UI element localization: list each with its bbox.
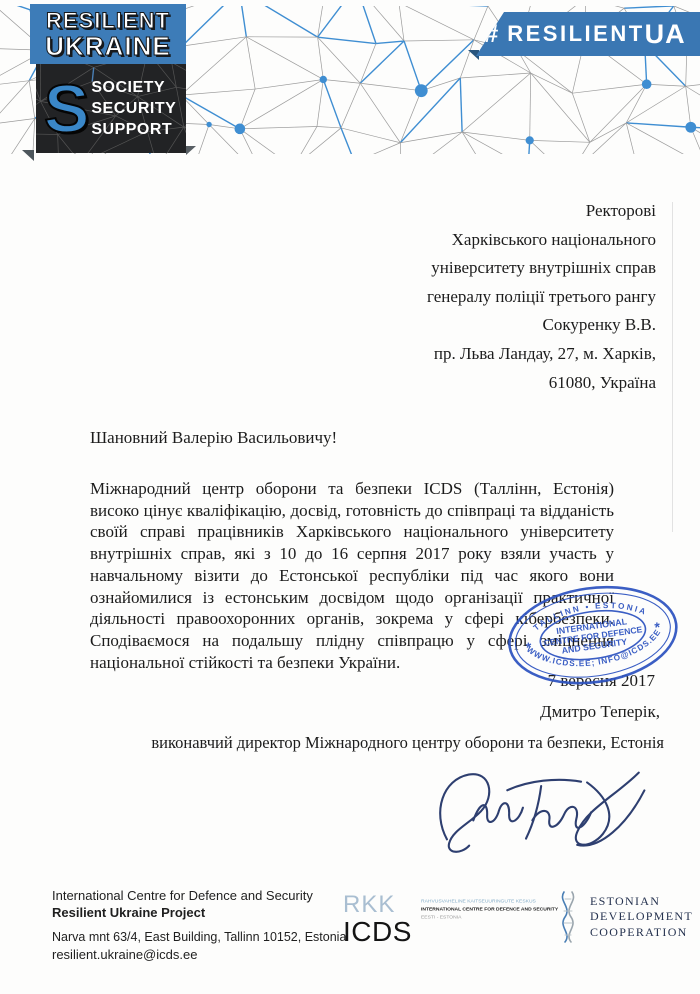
footer-org-name: International Centre for Defence and Sec… bbox=[52, 887, 346, 904]
banner-suffix: UA bbox=[645, 19, 686, 50]
scan-artifact-line bbox=[672, 202, 673, 532]
edc-line: COOPERATION bbox=[590, 925, 693, 941]
logo-title-line1: RESILIENT bbox=[46, 9, 170, 33]
stamp-star-right: * bbox=[654, 619, 662, 636]
edc-line: DEVELOPMENT bbox=[590, 909, 693, 925]
logo-sub-lines: SOCIETY SECURITY SUPPORT bbox=[91, 77, 176, 140]
society-security-support-logo: S SOCIETY SECURITY SUPPORT bbox=[36, 64, 186, 153]
rkk-text: RKK bbox=[343, 893, 412, 917]
dna-helix-icon bbox=[556, 891, 580, 943]
recipient-line: Харківського національного bbox=[427, 226, 656, 255]
handwritten-signature bbox=[426, 752, 660, 868]
logo-fold-right bbox=[186, 146, 196, 155]
recipient-line: 61080, Україна bbox=[427, 369, 656, 398]
banner-text: RESILIENT bbox=[507, 21, 644, 47]
logo-sub-society: SOCIETY bbox=[91, 77, 176, 98]
icds-logo-caption: RAHVUSVAHELINE KAITSEUURINGUTE KESKUS IN… bbox=[421, 897, 558, 921]
footer-contact-block: International Centre for Defence and Sec… bbox=[52, 887, 346, 963]
signer-name: Дмитро Теперік, bbox=[540, 702, 660, 722]
logo-s-letter: S bbox=[44, 75, 89, 143]
icds-caption-country: EESTI - ESTONIA bbox=[421, 913, 558, 921]
signature-graphic bbox=[426, 752, 660, 868]
resilient-ukraine-logo: RESILIENT UKRAINE bbox=[30, 4, 186, 64]
logo-sub-security: SECURITY bbox=[91, 98, 176, 119]
recipient-line: генералу поліції третього рангу bbox=[427, 283, 656, 312]
recipient-line: пр. Льва Ландау, 27, м. Харків, bbox=[427, 340, 656, 369]
footer-address: Narva mnt 63/4, East Building, Tallinn 1… bbox=[52, 929, 346, 946]
letter-page: RESILIENT UKRAINE S SOCIETY SECURITY SUP… bbox=[0, 0, 700, 994]
signer-title: виконавчий директор Міжнародного центру … bbox=[151, 733, 664, 753]
recipient-address-block: Ректорові Харківського національного уні… bbox=[427, 197, 656, 397]
recipient-line: університету внутрішніх справ bbox=[427, 254, 656, 283]
logo-sub-support: SUPPORT bbox=[91, 119, 176, 140]
estonian-development-cooperation-logo: ESTONIAN DEVELOPMENT COOPERATION bbox=[556, 891, 693, 943]
icds-caption-english: INTERNATIONAL CENTRE FOR DEFENCE AND SEC… bbox=[421, 905, 558, 913]
edc-logo-text: ESTONIAN DEVELOPMENT COOPERATION bbox=[590, 894, 693, 941]
icds-text: ICDS bbox=[343, 918, 412, 946]
footer-email: resilient.ukraine@icds.ee bbox=[52, 946, 346, 963]
logo-fold-left bbox=[22, 150, 34, 161]
icds-caption-estonian: RAHVUSVAHELINE KAITSEUURINGUTE KESKUS bbox=[421, 897, 558, 905]
logo-title-line2: UKRAINE bbox=[45, 33, 170, 60]
recipient-line: Сокуренку В.В. bbox=[427, 311, 656, 340]
edc-line: ESTONIAN bbox=[590, 894, 693, 910]
resilientua-banner: #RESILIENTUA bbox=[470, 12, 700, 56]
recipient-line: Ректорові bbox=[427, 197, 656, 226]
salutation: Шановний Валерію Васильовичу! bbox=[90, 428, 337, 448]
footer-project-name: Resilient Ukraine Project bbox=[52, 904, 346, 921]
